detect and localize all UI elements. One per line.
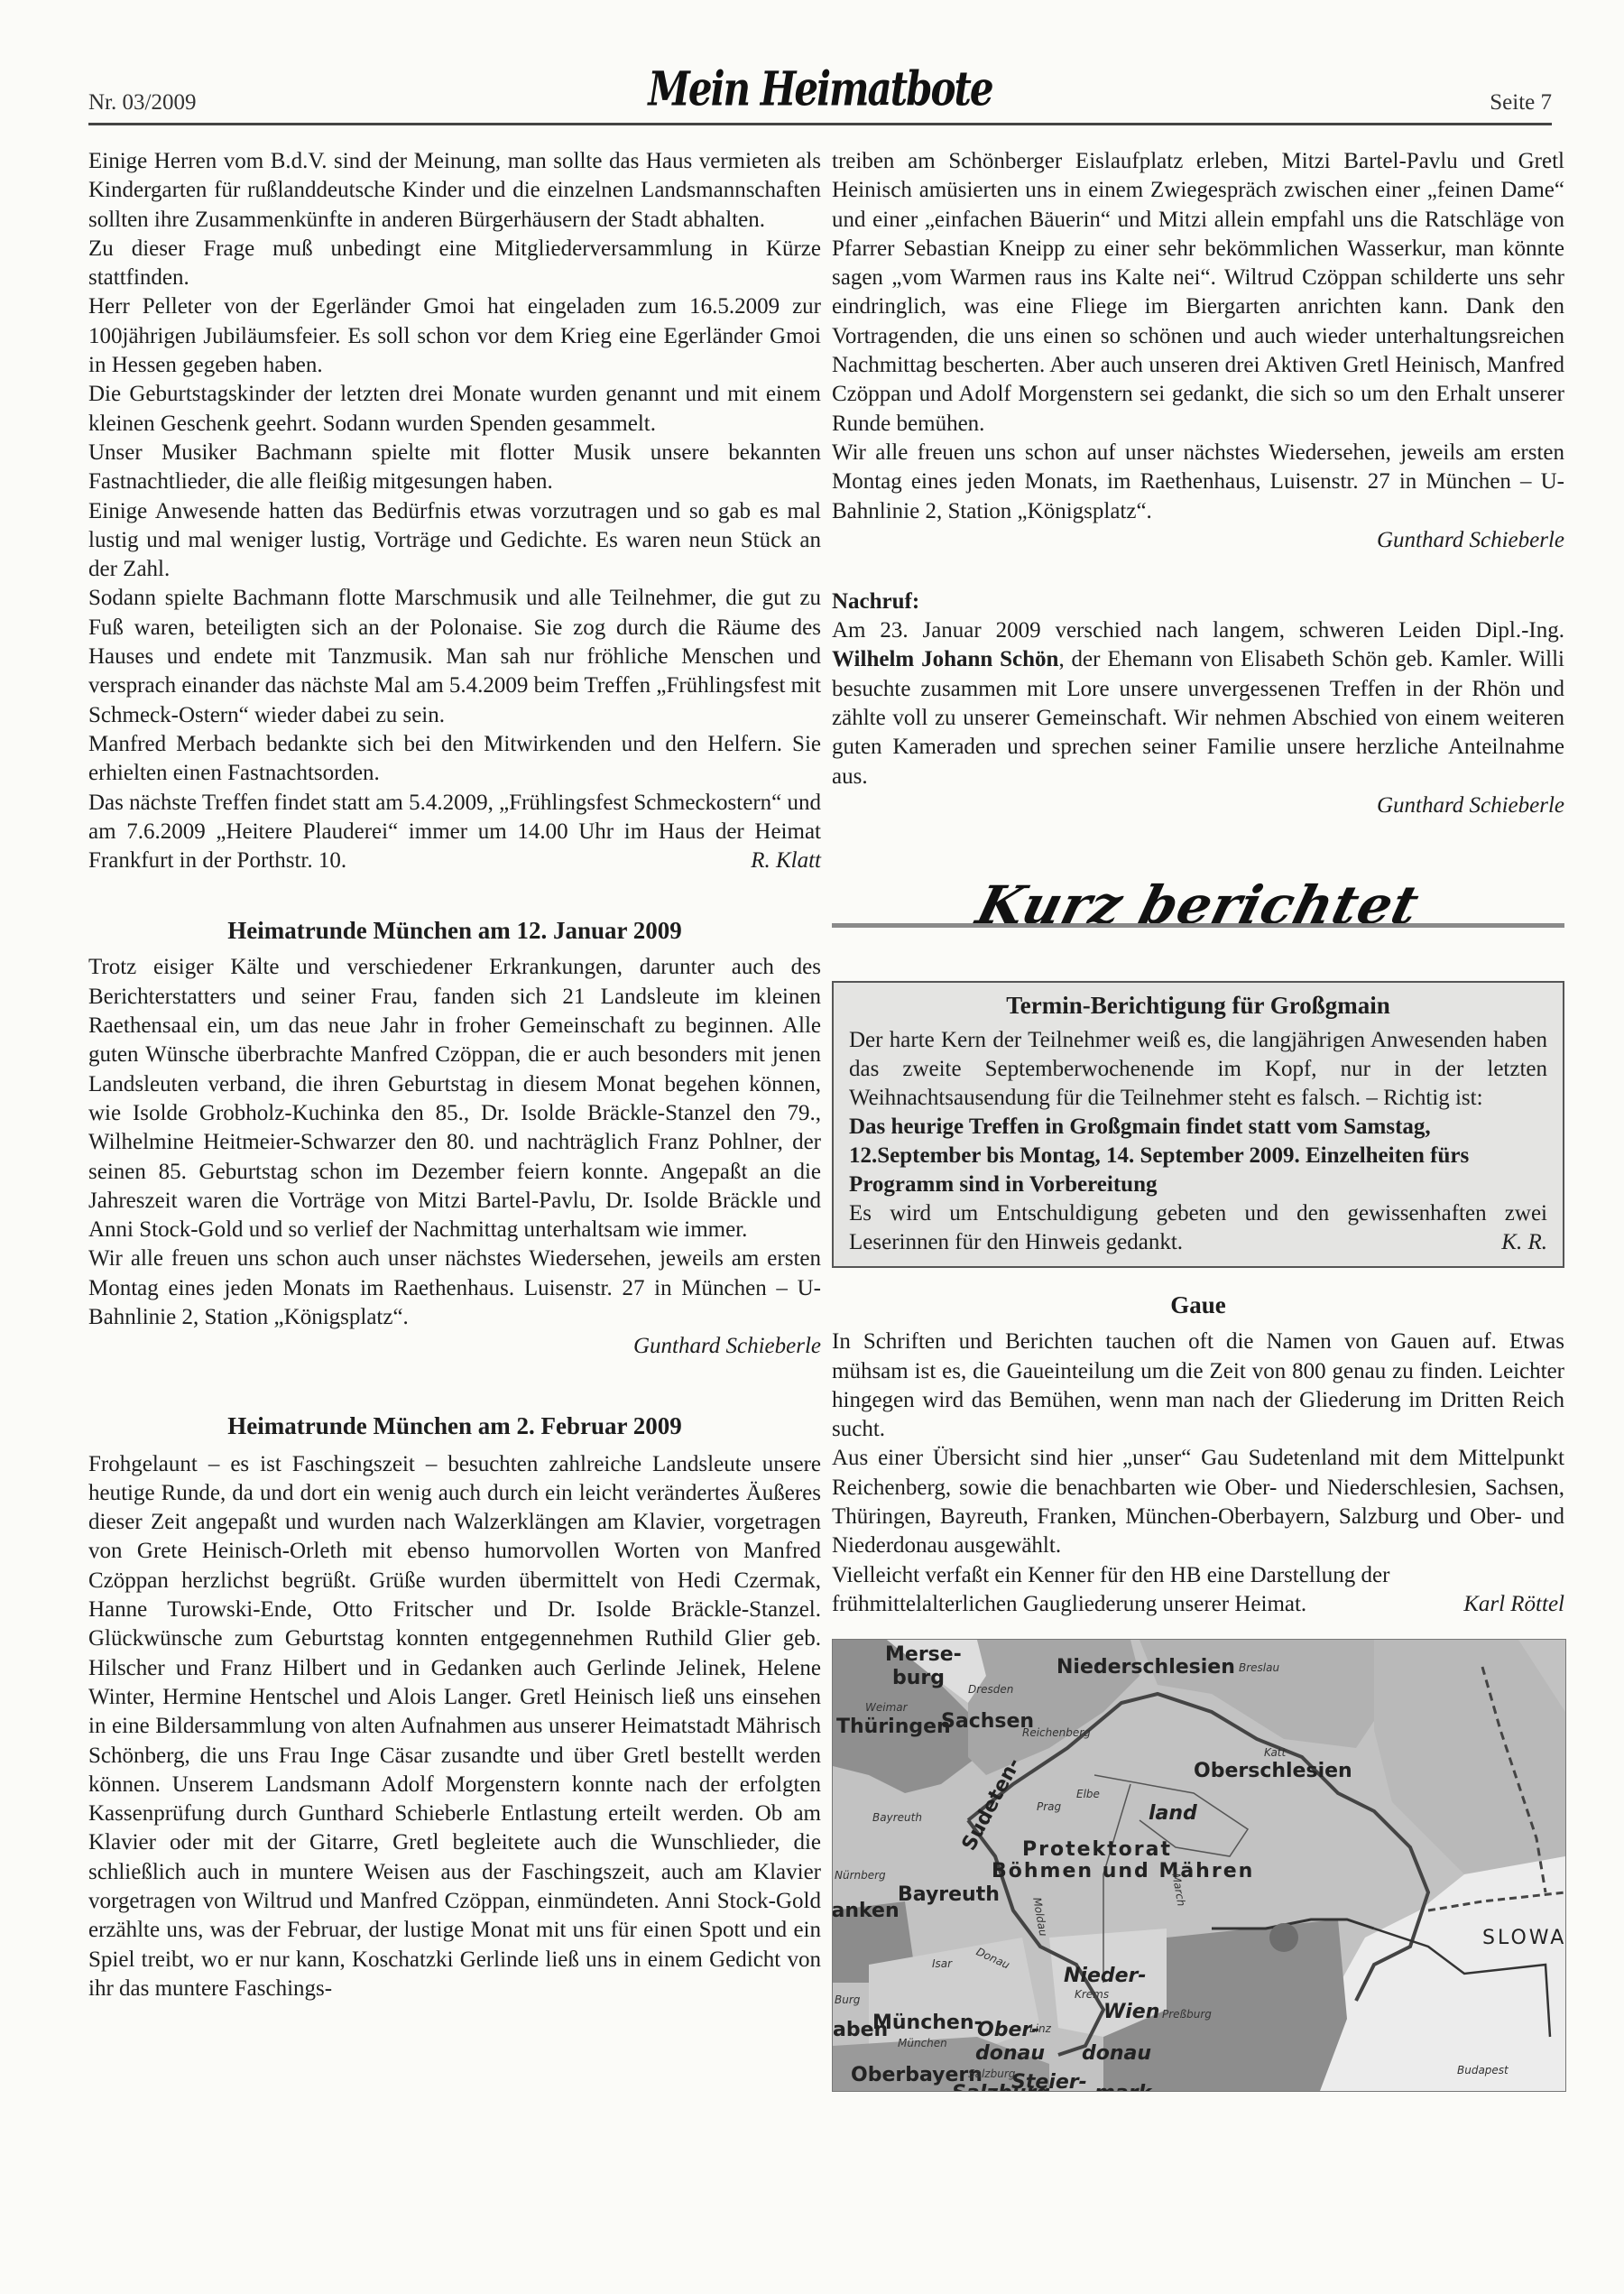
article-title: Heimatrunde München am 2. Februar 2009 bbox=[88, 1411, 821, 1441]
map-city-kattowitz: Katt bbox=[1264, 1746, 1286, 1759]
map-label-bayreuth: Bayreuth bbox=[898, 1883, 1000, 1906]
right-column: treiben am Schönberger Eislaufplatz erle… bbox=[832, 147, 1564, 2092]
map-label-niederdonau: Nieder- bbox=[1064, 1965, 1147, 1987]
paragraph-text: Vielleicht verfaßt ein Kenner für den HB… bbox=[832, 1563, 1389, 1616]
author-signature: Karl Röttel bbox=[1463, 1590, 1564, 1619]
paragraph: Unser Musiker Bachmann spielte mit flott… bbox=[88, 439, 821, 497]
paragraph-text: Das nächste Treffen findet statt am 5.4.… bbox=[88, 791, 821, 874]
map-city-reichenberg: Reichenberg bbox=[1022, 1726, 1091, 1739]
masthead-logo: Mein Heimatbote bbox=[648, 61, 992, 116]
paragraph: Sodann spielte Bachmann flotte Marschmus… bbox=[88, 584, 821, 729]
paragraph: Aus einer Übersicht sind hier „unser“ Ga… bbox=[832, 1444, 1564, 1560]
map-label-steiermark-2: mark bbox=[1094, 2082, 1151, 2092]
map-label-schwaben: aben bbox=[833, 2019, 888, 2041]
termin-berichtigung-box: Termin-Berichtigung für Großgmain Der ha… bbox=[832, 981, 1564, 1268]
paragraph: Einige Herren vom B.d.V. sind der Meinun… bbox=[88, 147, 821, 235]
article-title: Gaue bbox=[832, 1290, 1564, 1320]
box-title: Termin-Berichtigung für Großgmain bbox=[849, 990, 1547, 1021]
author-signature: Gunthard Schieberle bbox=[832, 791, 1564, 820]
header-rule bbox=[88, 123, 1552, 125]
map-label-wien: Wien bbox=[1103, 2001, 1159, 2023]
box-bold-text: Das heurige Treffen in Großgmain findet … bbox=[849, 1113, 1547, 1199]
intro-report: Einige Herren vom B.d.V. sind der Meinun… bbox=[88, 147, 821, 875]
paragraph: Zu dieser Frage muß unbedingt eine Mitgl… bbox=[88, 235, 821, 293]
map-label-niederschlesien: Niederschlesien bbox=[1057, 1656, 1235, 1679]
map-label-franken: Franken bbox=[832, 1900, 900, 1922]
kurz-berichtet-rule bbox=[832, 923, 1564, 928]
box-closing-text: Es wird um Entschuldigung gebeten und de… bbox=[849, 1201, 1547, 1254]
map-city-muenchen: München bbox=[898, 2037, 947, 2049]
paragraph: Die Geburtstagskinder der letzten drei M… bbox=[88, 380, 821, 439]
article-title: Heimatrunde München am 12. Januar 2009 bbox=[88, 915, 821, 946]
page-number: Seite 7 bbox=[1490, 90, 1552, 116]
nachruf-text: Am 23. Januar 2009 verschied nach langem… bbox=[832, 616, 1564, 791]
map-label-oberschlesien: Oberschlesien bbox=[1194, 1760, 1352, 1782]
nachruf-text-before: Am 23. Januar 2009 verschied nach langem… bbox=[832, 618, 1564, 643]
paragraph: Einige Anwesende hatten das Bedürfnis et… bbox=[88, 497, 821, 585]
map-city-prag: Prag bbox=[1037, 1800, 1061, 1813]
map-label-merseburg: Merse- bbox=[885, 1643, 962, 1666]
issue-number: Nr. 03/2009 bbox=[88, 90, 196, 116]
paragraph: Herr Pelleter von der Egerländer Gmoi ha… bbox=[88, 292, 821, 380]
map-label-slowakei: SLOWAK bbox=[1482, 1927, 1566, 1949]
paragraph: Frohgelaunt – es ist Faschingszeit – bes… bbox=[88, 1450, 821, 2004]
paragraph: Trotz eisiger Kälte und verschiedener Er… bbox=[88, 953, 821, 1244]
paragraph: In Schriften und Berichten tauchen oft d… bbox=[832, 1327, 1564, 1444]
map-city-weimar: Weimar bbox=[865, 1701, 908, 1714]
map-city-krems: Krems bbox=[1075, 1988, 1109, 2001]
map-city-budapest: Budapest bbox=[1457, 2064, 1509, 2077]
nachruf-heading: Nachruf: bbox=[832, 587, 1564, 616]
paragraph: Vielleicht verfaßt ein Kenner für den HB… bbox=[832, 1561, 1564, 1620]
map-label-merseburg-2: burg bbox=[892, 1667, 945, 1689]
author-signature: K. R. bbox=[1501, 1228, 1547, 1257]
author-signature: Gunthard Schieberle bbox=[832, 526, 1564, 555]
map-city-nuernberg: Nürnberg bbox=[835, 1869, 886, 1882]
author-signature: Gunthard Schieberle bbox=[88, 1332, 821, 1361]
map-label-salzburg: Salzburg bbox=[952, 2082, 1050, 2092]
deceased-name: Wilhelm Johann Schön bbox=[832, 647, 1058, 671]
map-label-sachsen: Sachsen bbox=[941, 1710, 1034, 1733]
map-city-bayreuth: Bayreuth bbox=[872, 1811, 922, 1824]
kurz-berichtet-banner: Kurz berichtet bbox=[832, 874, 1564, 956]
map-label-land: land bbox=[1149, 1802, 1197, 1825]
paragraph: Das nächste Treffen findet statt am 5.4.… bbox=[88, 789, 821, 876]
map-city-dresden: Dresden bbox=[968, 1683, 1013, 1696]
map-city-pressburg: Preßburg bbox=[1162, 2008, 1212, 2021]
nachruf: Nachruf: Am 23. Januar 2009 verschied na… bbox=[832, 587, 1564, 820]
map-label-niederdonau-2: donau bbox=[1082, 2042, 1151, 2065]
map-city-salzburg: Salzburg bbox=[968, 2067, 1015, 2080]
paragraph: Manfred Merbach bedankte sich bei den Mi… bbox=[88, 730, 821, 789]
paragraph: Wir alle freuen uns schon auch unser näc… bbox=[88, 1244, 821, 1332]
map-river-elbe: Elbe bbox=[1076, 1788, 1100, 1800]
article-continuation: treiben am Schönberger Eislaufplatz erle… bbox=[832, 147, 1564, 555]
gaue-map: Merse- burg Niederschlesien Breslau Dres… bbox=[832, 1639, 1566, 2092]
article-heimatrunde-februar: Heimatrunde München am 2. Februar 2009 F… bbox=[88, 1411, 821, 2004]
box-closing: Es wird um Entschuldigung gebeten und de… bbox=[849, 1199, 1547, 1257]
map-label-boehmen-maehren: Böhmen und Mähren bbox=[992, 1860, 1254, 1882]
box-text: Der harte Kern der Teilnehmer weiß es, d… bbox=[849, 1026, 1547, 1113]
map-city-linz: Linz bbox=[1029, 2022, 1051, 2035]
map-label-protektorat: Protektorat bbox=[1022, 1838, 1172, 1861]
paragraph: Wir alle freuen uns schon auf unser näch… bbox=[832, 439, 1564, 526]
paragraph: treiben am Schönberger Eislaufplatz erle… bbox=[832, 147, 1564, 439]
map-city-augsburg: Burg bbox=[835, 1993, 860, 2006]
map-label-oberdonau-2: donau bbox=[975, 2042, 1045, 2065]
author-signature: R. Klatt bbox=[751, 846, 821, 875]
article-heimatrunde-januar: Heimatrunde München am 12. Januar 2009 T… bbox=[88, 915, 821, 1361]
page-header: Nr. 03/2009 Mein Heimatbote Seite 7 bbox=[88, 52, 1552, 123]
map-label-muenchen: München- bbox=[872, 2012, 983, 2034]
map-river-isar: Isar bbox=[932, 1957, 952, 1970]
article-gaue: Gaue In Schriften und Berichten tauchen … bbox=[832, 1290, 1564, 1619]
map-label-thueringen: Thüringen bbox=[836, 1716, 951, 1738]
left-column: Einige Herren vom B.d.V. sind der Meinun… bbox=[88, 147, 821, 2003]
map-city-breslau: Breslau bbox=[1239, 1661, 1279, 1674]
